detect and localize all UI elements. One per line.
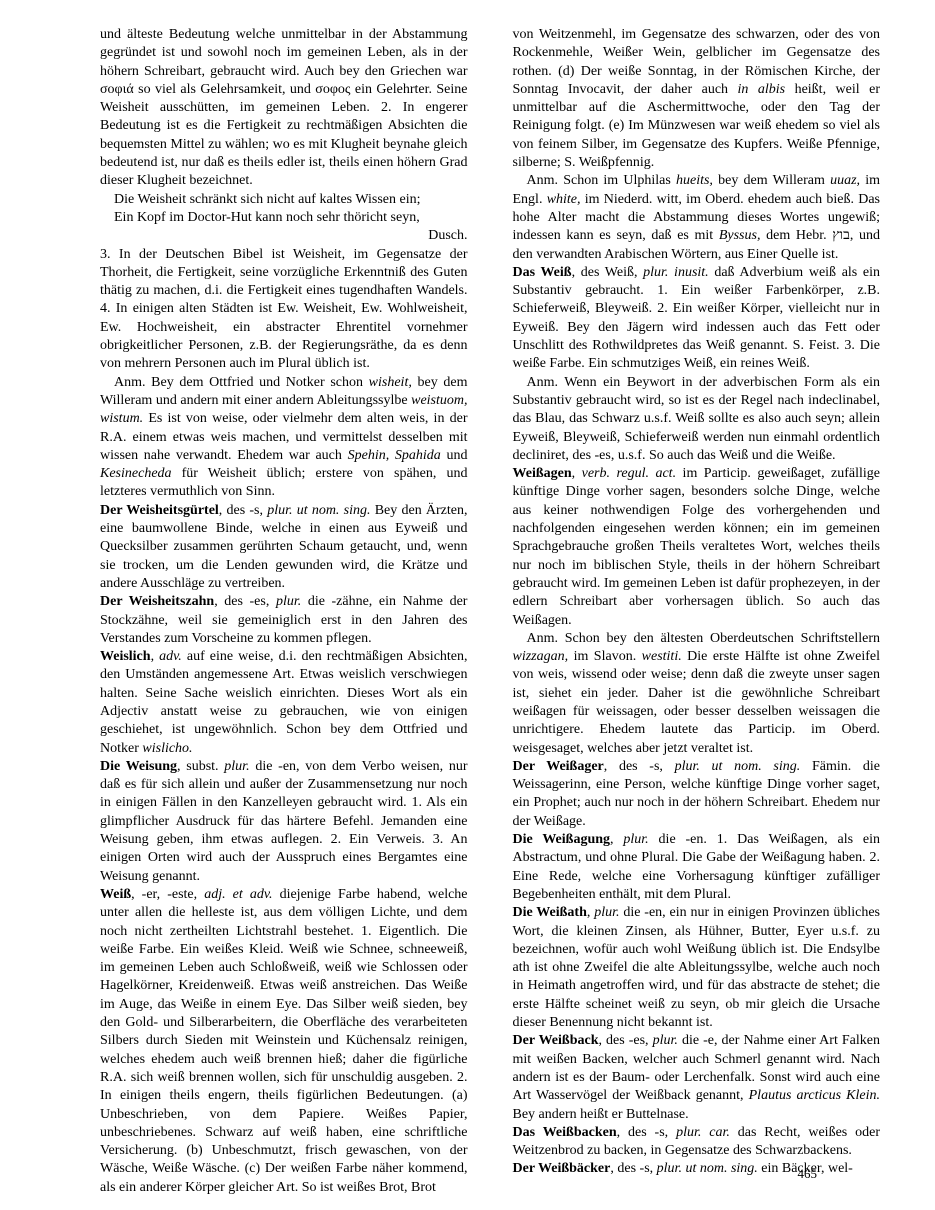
headword: Der Weisheitszahn <box>100 594 214 609</box>
text-run: daß Adverbium weiß als ein Substantiv ge… <box>513 265 881 371</box>
italic-term: Plautus arcticus Klein. <box>749 1088 880 1103</box>
paragraph: von Weitzenmehl, im Gegensatze des schwa… <box>513 26 881 172</box>
headword: Die Weißagung <box>513 832 611 847</box>
italic-term: adv. <box>159 649 182 664</box>
dictionary-entry: Weißagen, verb. regul. act. im Particip.… <box>513 465 881 630</box>
headword: Das Weißbacken <box>513 1125 617 1140</box>
text-run: Die erste Hälfte ist ohne Zweifel von we… <box>513 649 881 755</box>
text-run: Anm. Bey dem Ottfried und Notker schon <box>114 375 369 390</box>
text-run: im Particip. geweißaget, zufällige künft… <box>513 466 881 627</box>
headword: Der Weisheitsgürtel <box>100 503 219 518</box>
paragraph: und älteste Bedeutung welche unmittelbar… <box>100 26 468 191</box>
italic-term: wisheit, <box>369 375 412 390</box>
text-run: , des -es, <box>214 594 276 609</box>
verse-line: Die Weisheit schränkt sich nicht auf kal… <box>100 191 468 209</box>
dictionary-entry: Der Weißager, des -s, plur. ut nom. sing… <box>513 758 881 831</box>
text-run: bey dem Willeram <box>713 173 830 188</box>
italic-term: plur. <box>224 759 249 774</box>
dictionary-entry: Die Weißath, plur. die -en, ein nur in e… <box>513 904 881 1032</box>
dictionary-page: und älteste Bedeutung welche unmittelbar… <box>0 0 935 1210</box>
text-run: im Slavon. <box>568 649 642 664</box>
text-run: Ein Kopf im Doctor-Hut kann noch sehr th… <box>114 210 420 225</box>
italic-term: plur. ut nom. sing. <box>675 759 801 774</box>
headword: Der Weißback <box>513 1033 599 1048</box>
italic-term: Byssus, <box>719 228 761 243</box>
italic-term: plur. <box>594 905 619 920</box>
italic-term: uuaz, <box>830 173 860 188</box>
italic-term: westiti. <box>642 649 682 664</box>
text-run: , -er, -este, <box>131 887 204 902</box>
paragraph: Anm. Bey dem Ottfried und Notker schon w… <box>100 374 468 502</box>
dictionary-entry: Weislich, adv. auf eine weise, d.i. den … <box>100 648 468 758</box>
text-run: und älteste Bedeutung welche unmittelbar… <box>100 27 468 188</box>
italic-term: plur. ut nom. sing. <box>267 503 370 518</box>
headword: Weiß <box>100 887 131 902</box>
italic-term: wislicho. <box>142 741 192 756</box>
italic-term: white, <box>547 192 581 207</box>
italic-term: hueits, <box>676 173 713 188</box>
italic-term: plur. <box>623 832 648 847</box>
dictionary-entry: Das Weißbacken, des -s, plur. car. das R… <box>513 1124 881 1161</box>
paragraph: Anm. Schon bey den ältesten Oberdeutsche… <box>513 630 881 758</box>
text-run: , <box>572 466 582 481</box>
dictionary-entry: Der Weißback, des -es, plur. die -e, der… <box>513 1032 881 1123</box>
text-run: 3. In der Deutschen Bibel ist Weisheit, … <box>100 247 468 372</box>
italic-term: plur. <box>276 594 301 609</box>
text-run: die -en, von dem Verbo weisen, nur daß e… <box>100 759 468 884</box>
italic-term: verb. regul. act. <box>582 466 676 481</box>
text-run: und <box>441 448 468 463</box>
paragraph: Anm. Schon im Ulphilas hueits, bey dem W… <box>513 172 881 263</box>
italic-term: plur. car. <box>676 1125 730 1140</box>
text-run: Die Weisheit schränkt sich nicht auf kal… <box>114 192 421 207</box>
headword: Weislich <box>100 649 151 664</box>
text-run: , des -s, <box>617 1125 676 1140</box>
page-number: 465 <box>798 1166 818 1182</box>
dictionary-entry: Der Weißbäcker, des -s, plur. ut nom. si… <box>513 1160 881 1178</box>
right-column: von Weitzenmehl, im Gegensatze des schwa… <box>513 26 881 1197</box>
dictionary-entry: Weiß, -er, -este, adj. et adv. diejenige… <box>100 886 468 1197</box>
text-run: , <box>151 649 160 664</box>
italic-term: plur. inusit. <box>643 265 709 280</box>
headword: Die Weisung <box>100 759 177 774</box>
dictionary-entry: Die Weisung, subst. plur. die -en, von d… <box>100 758 468 886</box>
text-run: Bey andern heißt er Buttelnase. <box>513 1107 689 1122</box>
text-columns: und älteste Bedeutung welche unmittelbar… <box>0 0 935 1197</box>
dictionary-entry: Der Weisheitszahn, des -es, plur. die -z… <box>100 593 468 648</box>
text-run: , des -es, <box>598 1033 652 1048</box>
text-run: , <box>610 832 623 847</box>
headword: Der Weißbäcker <box>513 1161 611 1176</box>
italic-term: adj. et adv. <box>204 887 272 902</box>
headword: Weißagen <box>513 466 572 481</box>
dictionary-entry: Der Weisheitsgürtel, des -s, plur. ut no… <box>100 502 468 593</box>
text-run: Anm. Schon im Ulphilas <box>527 173 676 188</box>
italic-term: Kesinecheda <box>100 466 172 481</box>
text-run: , subst. <box>177 759 224 774</box>
dictionary-entry: Das Weiß, des Weiß, plur. inusit. daß Ad… <box>513 264 881 374</box>
headword: Die Weißath <box>513 905 587 920</box>
text-run: Anm. Schon bey den ältesten Oberdeutsche… <box>527 631 881 646</box>
text-run: Dusch. <box>428 228 467 243</box>
text-run: Anm. Wenn ein Beywort in der adverbische… <box>513 375 881 463</box>
paragraph: 3. In der Deutschen Bibel ist Weisheit, … <box>100 246 468 374</box>
italic-term: plur. ut nom. sing. <box>657 1161 758 1176</box>
text-run: diejenige Farbe habend, welche unter all… <box>100 887 468 1195</box>
headword: Der Weißager <box>513 759 604 774</box>
italic-term: in albis <box>738 82 786 97</box>
text-run: , des -s, <box>219 503 267 518</box>
italic-term: Spehin, Spahida <box>348 448 441 463</box>
text-run: , des -s, <box>604 759 675 774</box>
italic-term: plur. <box>653 1033 678 1048</box>
italic-term: wizzagan, <box>513 649 569 664</box>
headword: Das Weiß <box>513 265 572 280</box>
text-run: , des Weiß, <box>572 265 644 280</box>
text-run: , des -s, <box>610 1161 656 1176</box>
paragraph: Anm. Wenn ein Beywort in der adverbische… <box>513 374 881 465</box>
verse-line: Ein Kopf im Doctor-Hut kann noch sehr th… <box>100 209 468 227</box>
verse-line: Dusch. <box>100 227 468 245</box>
left-column: und älteste Bedeutung welche unmittelbar… <box>100 26 468 1197</box>
text-run: die -en, ein nur in einigen Provinzen üb… <box>513 905 881 1030</box>
dictionary-entry: Die Weißagung, plur. die -en. 1. Das Wei… <box>513 831 881 904</box>
